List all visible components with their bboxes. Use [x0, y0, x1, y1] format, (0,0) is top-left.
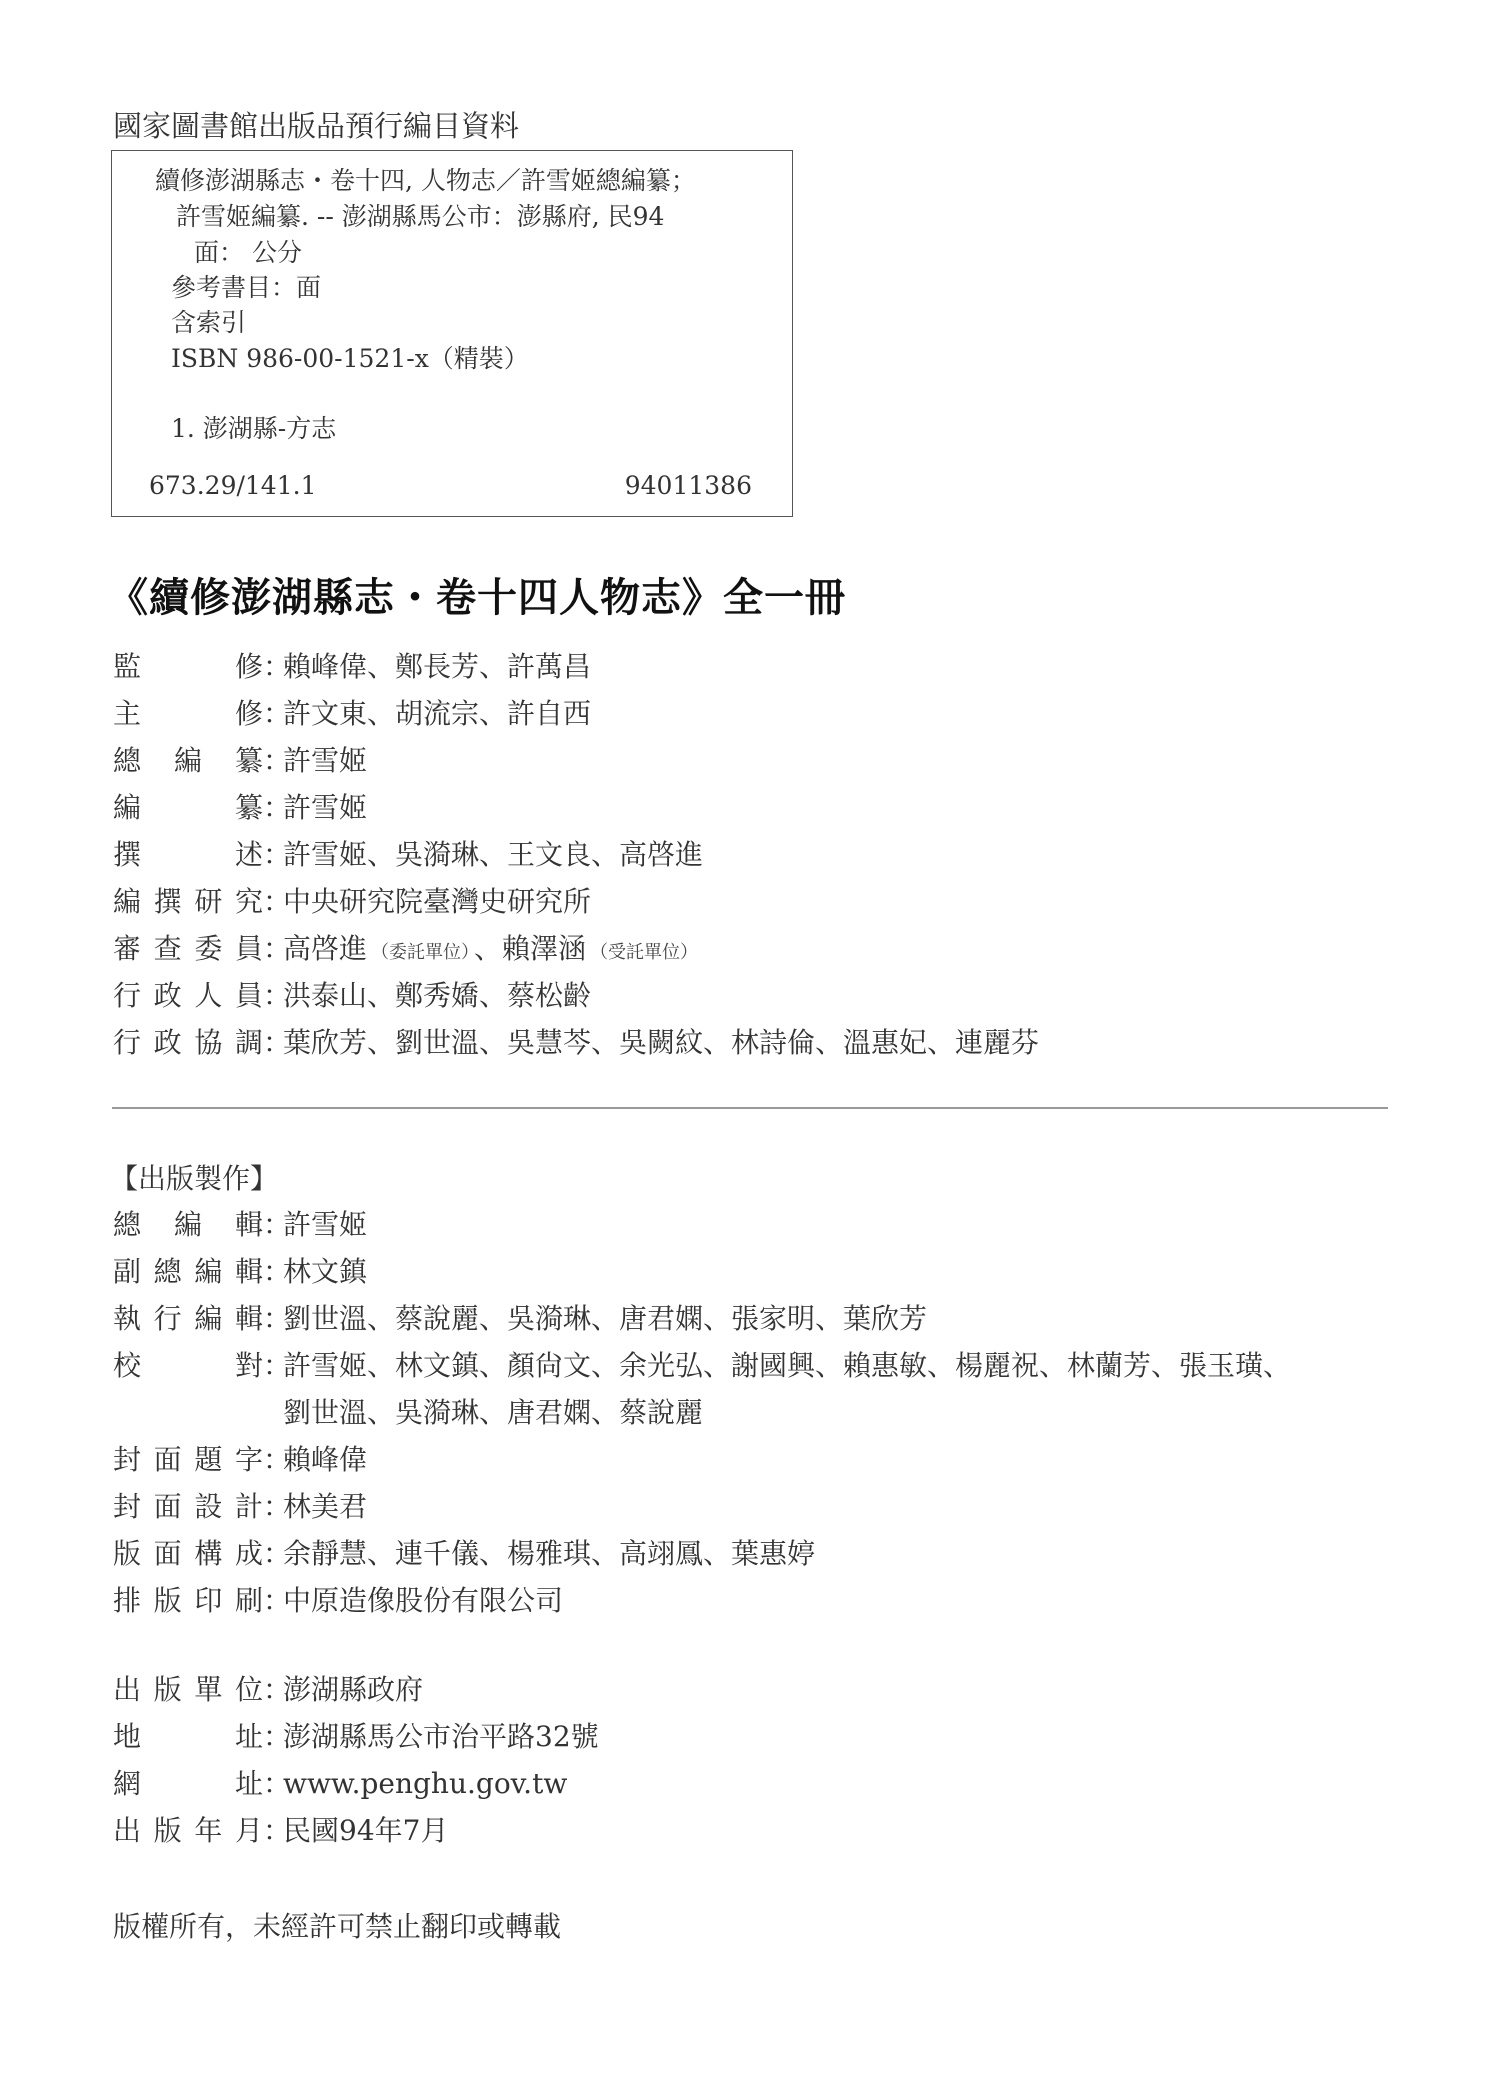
- cip-line-subject: 1. 澎湖縣-方志: [171, 409, 336, 445]
- credit-row-reviewers: 審查委員：高啓進（委託單位）、賴澤涵（受託單位）: [113, 929, 702, 969]
- cip-line-index: 含索引: [171, 303, 246, 339]
- credit-row-general-compiler: 總編纂：許雪姬: [113, 741, 367, 781]
- cip-record-number: 94011386: [625, 471, 752, 500]
- publisher-row-unit: 出版單位：澎湖縣政府: [113, 1670, 423, 1710]
- production-row-cover-calligraphy: 封面題字：賴峰偉: [113, 1440, 367, 1480]
- credit-row-chief-editor: 主修：許文東、胡流宗、許自西: [113, 694, 591, 734]
- cip-line-bibliography: 參考書目：面: [171, 268, 321, 304]
- production-row-executive-editors: 執行編輯：劉世溫、蔡說麗、吳漪琳、唐君嫻、張家明、葉欣芳: [113, 1299, 927, 1339]
- credit-row-admin-staff: 行政人員：洪泰山、鄭秀嬌、蔡松齡: [113, 976, 591, 1016]
- cip-heading: 國家圖書館出版品預行編目資料: [113, 104, 519, 145]
- production-heading: 【出版製作】: [110, 1157, 278, 1197]
- credit-row-authors: 撰述：許雪姬、吳漪琳、王文良、高啓進: [113, 835, 703, 875]
- production-row-deputy-editor: 副總編輯：林文鎮: [113, 1252, 367, 1292]
- cip-line-title: 續修澎湖縣志・卷十四, 人物志／許雪姬總編纂；: [155, 161, 696, 197]
- cip-record-box: 續修澎湖縣志・卷十四, 人物志／許雪姬總編纂； 許雪姬編纂. -- 澎湖縣馬公市…: [111, 150, 793, 517]
- section-divider: [112, 1107, 1388, 1109]
- production-row-proofreaders: 校對：許雪姬、林文鎮、顏尙文、余光弘、謝國興、賴惠敏、楊麗祝、林蘭芳、張玉璜、: [113, 1346, 1291, 1386]
- cip-line-pages: 面： 公分: [194, 233, 302, 269]
- cip-line-publisher: 許雪姬編纂. -- 澎湖縣馬公市：澎縣府, 民94: [176, 197, 664, 233]
- credit-row-supervisor: 監修：賴峰偉、鄭長芳、許萬昌: [113, 647, 591, 687]
- book-title: 《續修澎湖縣志・卷十四人物志》全一冊: [108, 566, 846, 623]
- publisher-row-date: 出版年月：民國94年7月: [113, 1811, 448, 1851]
- proofreaders-continued: 劉世溫、吳漪琳、唐君嫻、蔡說麗: [283, 1393, 703, 1433]
- publisher-row-website: 網址：www.penghu.gov.tw: [113, 1764, 567, 1804]
- website-link[interactable]: www.penghu.gov.tw: [283, 1764, 567, 1804]
- credit-row-admin-coordination: 行政協調：葉欣芳、劉世溫、吳慧芩、吳闕紋、林詩倫、溫惠妃、連麗芬: [113, 1023, 1039, 1063]
- production-row-editor-in-chief: 總編輯：許雪姬: [113, 1205, 367, 1245]
- production-row-layout: 版面構成：余靜慧、連千儀、楊雅琪、高翊鳳、葉惠婷: [113, 1534, 815, 1574]
- production-row-cover-design: 封面設計：林美君: [113, 1487, 367, 1527]
- reviewer-note: （委託單位）: [371, 942, 470, 963]
- credit-row-research: 編撰研究：中央研究院臺灣史研究所: [113, 882, 591, 922]
- production-row-printing: 排版印刷：中原造像股份有限公司: [113, 1581, 563, 1621]
- cip-class-number: 673.29/141.1: [149, 471, 316, 500]
- credit-row-compiler: 編纂：許雪姬: [113, 788, 367, 828]
- cip-line-isbn: ISBN 986-00-1521-x（精裝）: [171, 339, 529, 375]
- publisher-row-address: 地址：澎湖縣馬公市治平路32號: [113, 1717, 599, 1757]
- copyright-notice: 版權所有，未經許可禁止翻印或轉載: [113, 1905, 561, 1945]
- reviewer-note: （受託單位）: [590, 942, 698, 963]
